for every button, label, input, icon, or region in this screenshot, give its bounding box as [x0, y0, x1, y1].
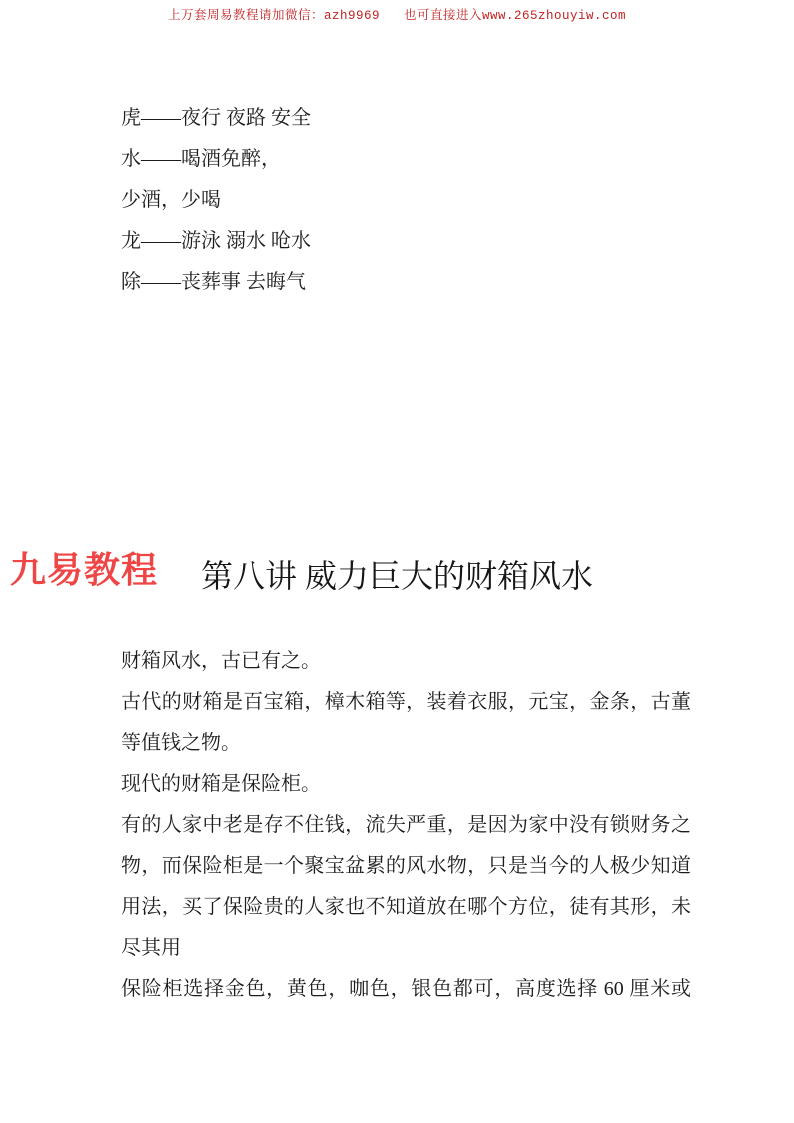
notes-list-line: 龙——游泳 溺水 呛水 — [121, 221, 701, 262]
body-line: 等值钱之物。 — [121, 723, 691, 764]
body-line: 尽其用 — [121, 928, 691, 969]
body-line: 用法，买了保险贵的人家也不知道放在哪个方位，徒有其形，未 — [121, 887, 691, 928]
watermark-header: 上万套周易教程请加微信：azh9969 也可直接进入www.265zhouyiw… — [0, 5, 794, 23]
body-line: 财箱风水，古已有之。 — [121, 641, 691, 682]
chapter-title: 第八讲 威力巨大的财箱风水 — [0, 552, 794, 600]
notes-list-line: 少酒，少喝 — [121, 180, 701, 221]
notes-list: 虎——夜行 夜路 安全水——喝酒免醉，少酒，少喝龙——游泳 溺水 呛水除——丧葬… — [121, 98, 701, 303]
body-line: 古代的财箱是百宝箱，樟木箱等，装着衣服，元宝，金条，古董 — [121, 682, 691, 723]
body-paragraphs: 财箱风水，古已有之。古代的财箱是百宝箱，樟木箱等，装着衣服，元宝，金条，古董等值… — [121, 641, 691, 1010]
body-line: 现代的财箱是保险柜。 — [121, 764, 691, 805]
notes-list-line: 除——丧葬事 去晦气 — [121, 262, 701, 303]
notes-list-line: 水——喝酒免醉， — [121, 139, 701, 180]
body-line: 有的人家中老是存不住钱，流失严重，是因为家中没有锁财务之 — [121, 805, 691, 846]
document-page: 上万套周易教程请加微信：azh9969 也可直接进入www.265zhouyiw… — [0, 0, 794, 1123]
body-line: 物，而保险柜是一个聚宝盆累的风水物，只是当今的人极少知道 — [121, 846, 691, 887]
body-line: 保险柜选择金色，黄色，咖色，银色都可，高度选择 60 厘米或 — [121, 969, 691, 1010]
notes-list-line: 虎——夜行 夜路 安全 — [121, 98, 701, 139]
